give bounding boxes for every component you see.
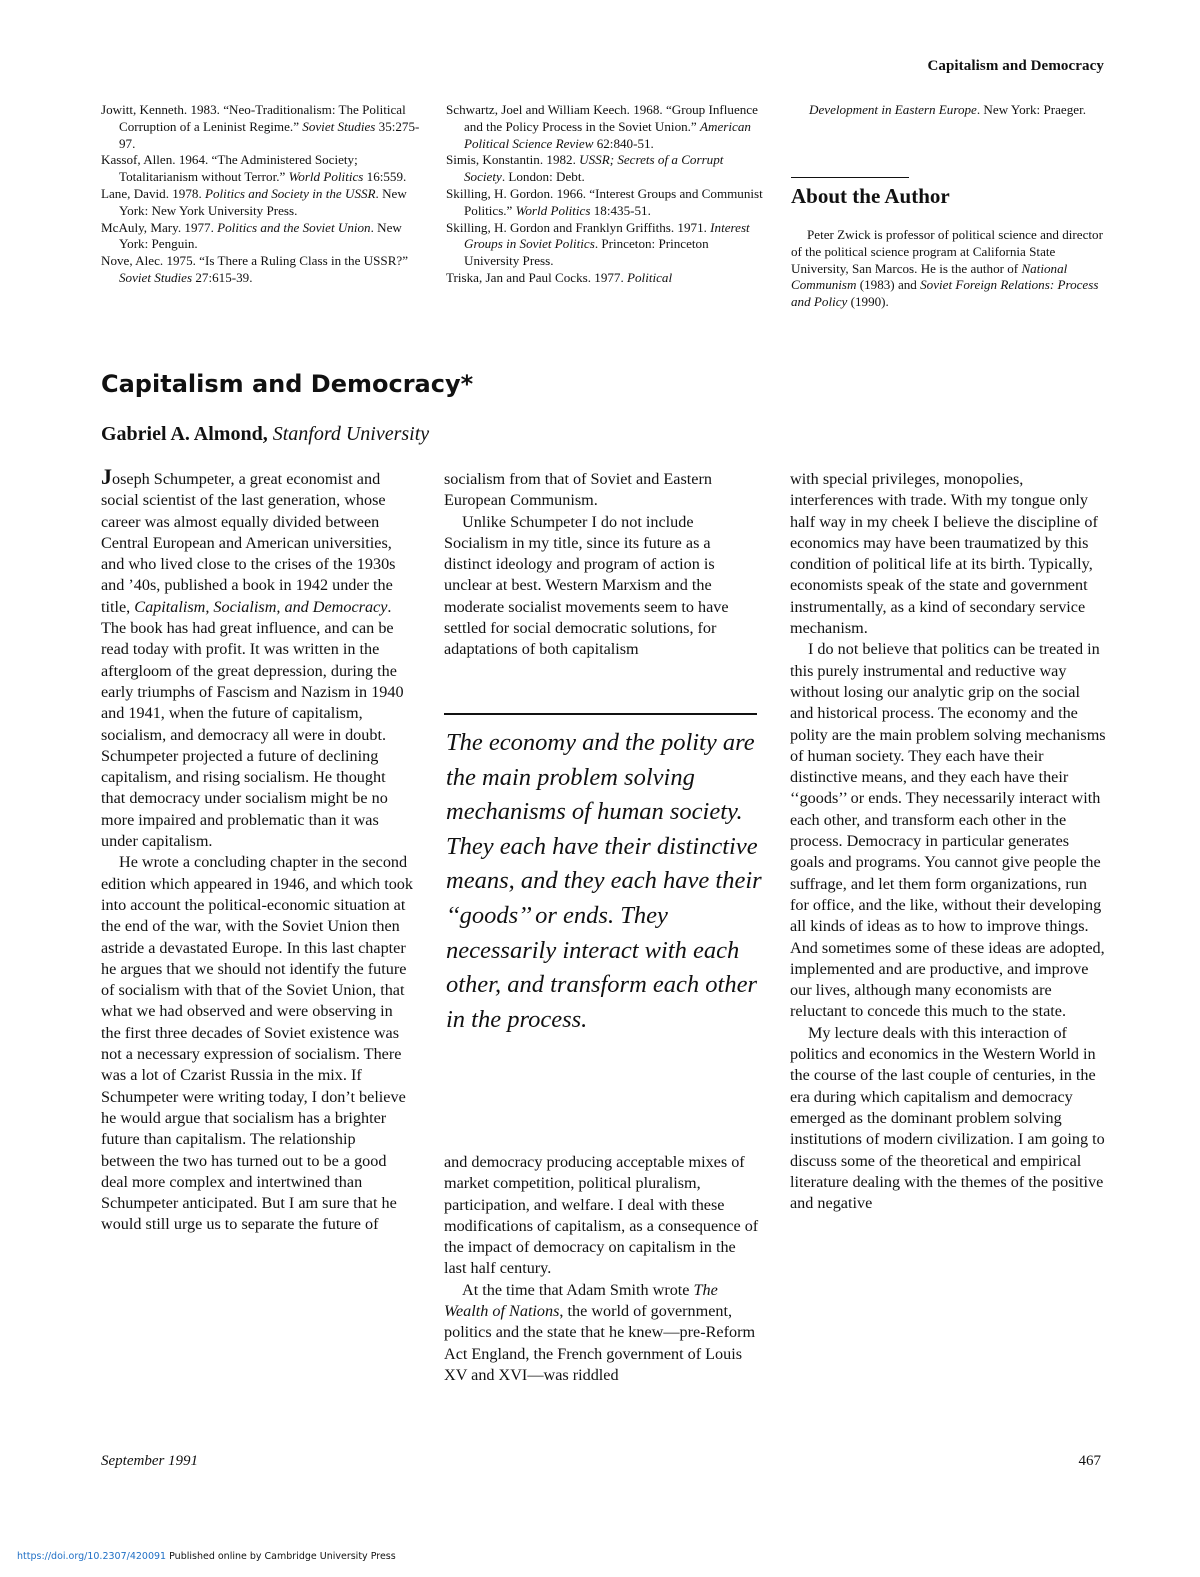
body-column-1: Joseph Schumpeter, a great economist and…: [101, 469, 413, 1236]
references-column-3: Development in Eastern Europe. New York:…: [791, 102, 1101, 119]
drop-cap: J: [101, 464, 112, 489]
body-paragraph: Unlike Schumpeter I do not include Socia…: [444, 512, 760, 661]
body-paragraph: socialism from that of Soviet and Easter…: [444, 469, 760, 512]
doi-link[interactable]: https://doi.org/10.2307/420091: [17, 1551, 166, 1562]
body-paragraph: He wrote a concluding chapter in the sec…: [101, 852, 413, 1235]
page-number: 467: [1079, 1453, 1102, 1470]
reference-entry: McAuly, Mary. 1977. Politics and the Sov…: [101, 220, 421, 254]
reference-entry: Lane, David. 1978. Politics and Society …: [101, 186, 421, 220]
reference-entry: Skilling, H. Gordon. 1966. “Interest Gro…: [446, 186, 766, 220]
doi-line: https://doi.org/10.2307/420091 Published…: [17, 1551, 396, 1562]
body-column-3: with special privileges, monopolies, int…: [790, 469, 1106, 1214]
article-title: Capitalism and Democracy*: [101, 370, 473, 398]
author-name: Gabriel A. Almond,: [101, 423, 268, 445]
about-author-text: Peter Zwick is professor of political sc…: [791, 227, 1106, 311]
byline: Gabriel A. Almond, Stanford University: [101, 423, 429, 446]
reference-entry: Schwartz, Joel and William Keech. 1968. …: [446, 102, 766, 152]
pullquote-rule: [444, 713, 757, 715]
reference-entry: Skilling, H. Gordon and Franklyn Griffit…: [446, 220, 766, 270]
body-paragraph: I do not believe that politics can be tr…: [790, 639, 1106, 1022]
reference-entry: Kassof, Allen. 1964. “The Administered S…: [101, 152, 421, 186]
pullquote: The economy and the polity are the main …: [446, 726, 766, 1037]
references-column-2: Schwartz, Joel and William Keech. 1968. …: [446, 102, 766, 287]
reference-entry: Jowitt, Kenneth. 1983. “Neo-Traditionali…: [101, 102, 421, 152]
about-section-divider: [791, 177, 909, 178]
running-head: Capitalism and Democracy: [927, 58, 1104, 75]
body-paragraph: with special privileges, monopolies, int…: [790, 469, 1106, 639]
body-paragraph: and democracy producing acceptable mixes…: [444, 1152, 760, 1280]
body-paragraph: My lecture deals with this interaction o…: [790, 1023, 1106, 1215]
publisher-note: Published online by Cambridge University…: [166, 1551, 396, 1562]
reference-entry: Triska, Jan and Paul Cocks. 1977. Politi…: [446, 270, 766, 287]
author-affiliation: Stanford University: [273, 423, 429, 445]
body-column-2-bottom: and democracy producing acceptable mixes…: [444, 1152, 760, 1386]
body-paragraph: At the time that Adam Smith wrote The We…: [444, 1280, 760, 1386]
reference-entry-continuation: Development in Eastern Europe. New York:…: [791, 102, 1101, 119]
reference-entry: Simis, Konstantin. 1982. USSR; Secrets o…: [446, 152, 766, 186]
references-column-1: Jowitt, Kenneth. 1983. “Neo-Traditionali…: [101, 102, 421, 287]
body-paragraph: Joseph Schumpeter, a great economist and…: [101, 469, 413, 852]
reference-entry: Nove, Alec. 1975. “Is There a Ruling Cla…: [101, 253, 421, 287]
body-column-2-top: socialism from that of Soviet and Easter…: [444, 469, 760, 661]
about-author-heading: About the Author: [791, 184, 950, 209]
issue-date: September 1991: [101, 1453, 198, 1470]
